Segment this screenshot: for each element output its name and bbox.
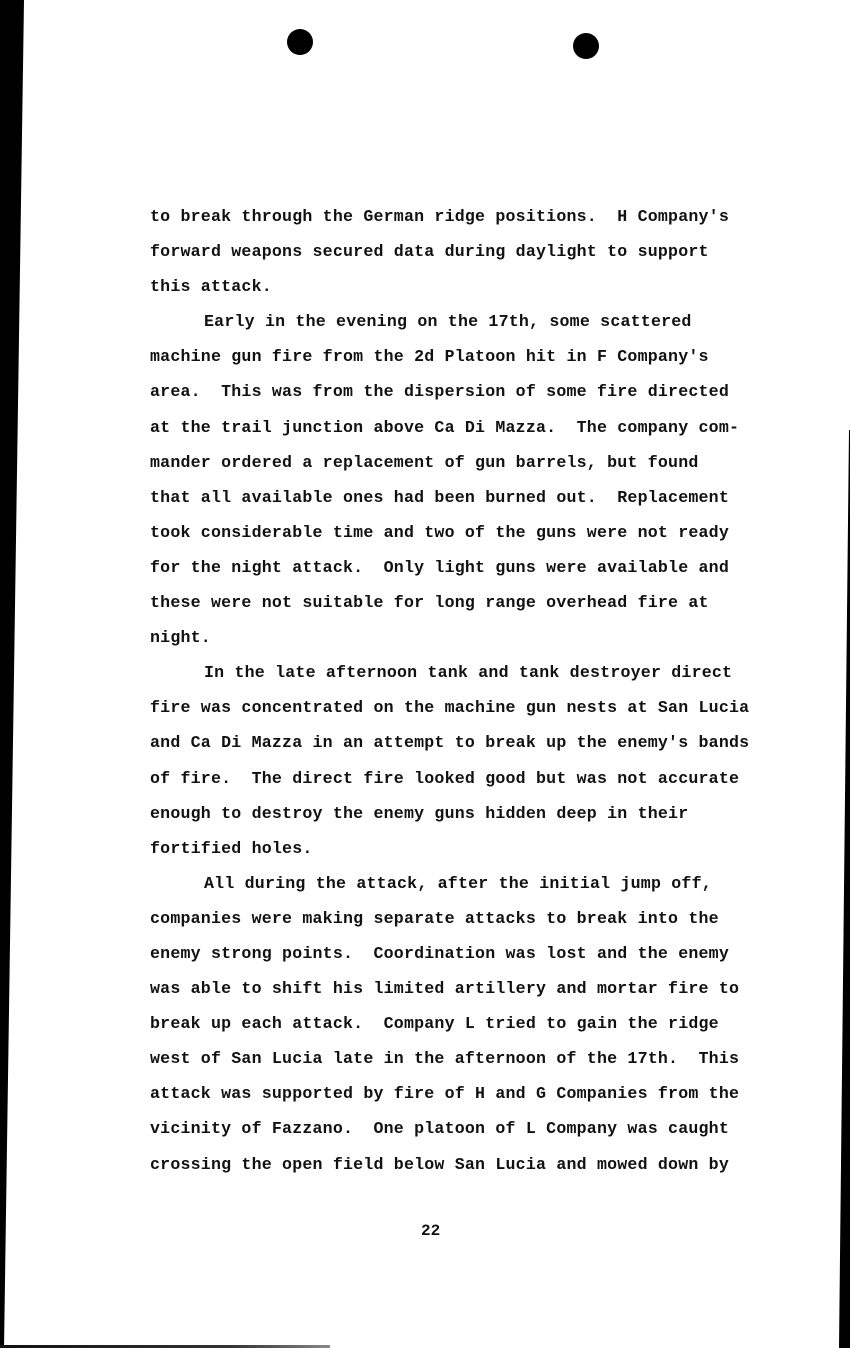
text-line: forward weapons secured data during dayl… [150,234,790,269]
text-line: of fire. The direct fire looked good but… [150,761,790,796]
text-line: fire was concentrated on the machine gun… [150,690,790,725]
scan-edge-right [839,430,850,1348]
text-line: enemy strong points. Coordination was lo… [150,936,790,971]
text-line: night. [150,620,790,655]
text-line: area. This was from the dispersion of so… [150,374,790,409]
text-line: companies were making separate attacks t… [150,901,790,936]
paragraph: In the late afternoon tank and tank dest… [150,655,790,866]
punch-hole-right-icon [573,33,599,59]
text-line: at the trail junction above Ca Di Mazza.… [150,410,790,445]
text-line: west of San Lucia late in the afternoon … [150,1041,790,1076]
text-line: mander ordered a replacement of gun barr… [150,445,790,480]
text-line: this attack. [150,269,790,304]
text-line: these were not suitable for long range o… [150,585,790,620]
punch-hole-left-icon [287,29,313,55]
text-line: was able to shift his limited artillery … [150,971,790,1006]
text-line: In the late afternoon tank and tank dest… [150,655,790,690]
page-number: 22 [421,1222,440,1240]
text-line: took considerable time and two of the gu… [150,515,790,550]
document-body: to break through the German ridge positi… [150,199,790,1182]
text-line: enough to destroy the enemy guns hidden … [150,796,790,831]
text-line: and Ca Di Mazza in an attempt to break u… [150,725,790,760]
paragraph: All during the attack, after the initial… [150,866,790,1182]
text-line: All during the attack, after the initial… [150,866,790,901]
text-line: that all available ones had been burned … [150,480,790,515]
text-line: attack was supported by fire of H and G … [150,1076,790,1111]
scan-edge-left [0,0,24,1348]
text-line: for the night attack. Only light guns we… [150,550,790,585]
text-line: break up each attack. Company L tried to… [150,1006,790,1041]
text-line: fortified holes. [150,831,790,866]
text-line: Early in the evening on the 17th, some s… [150,304,790,339]
paragraph: Early in the evening on the 17th, some s… [150,304,790,655]
text-line: vicinity of Fazzano. One platoon of L Co… [150,1111,790,1146]
text-line: crossing the open field below San Lucia … [150,1147,790,1182]
text-line: to break through the German ridge positi… [150,199,790,234]
text-line: machine gun fire from the 2d Platoon hit… [150,339,790,374]
paragraph: to break through the German ridge positi… [150,199,790,304]
